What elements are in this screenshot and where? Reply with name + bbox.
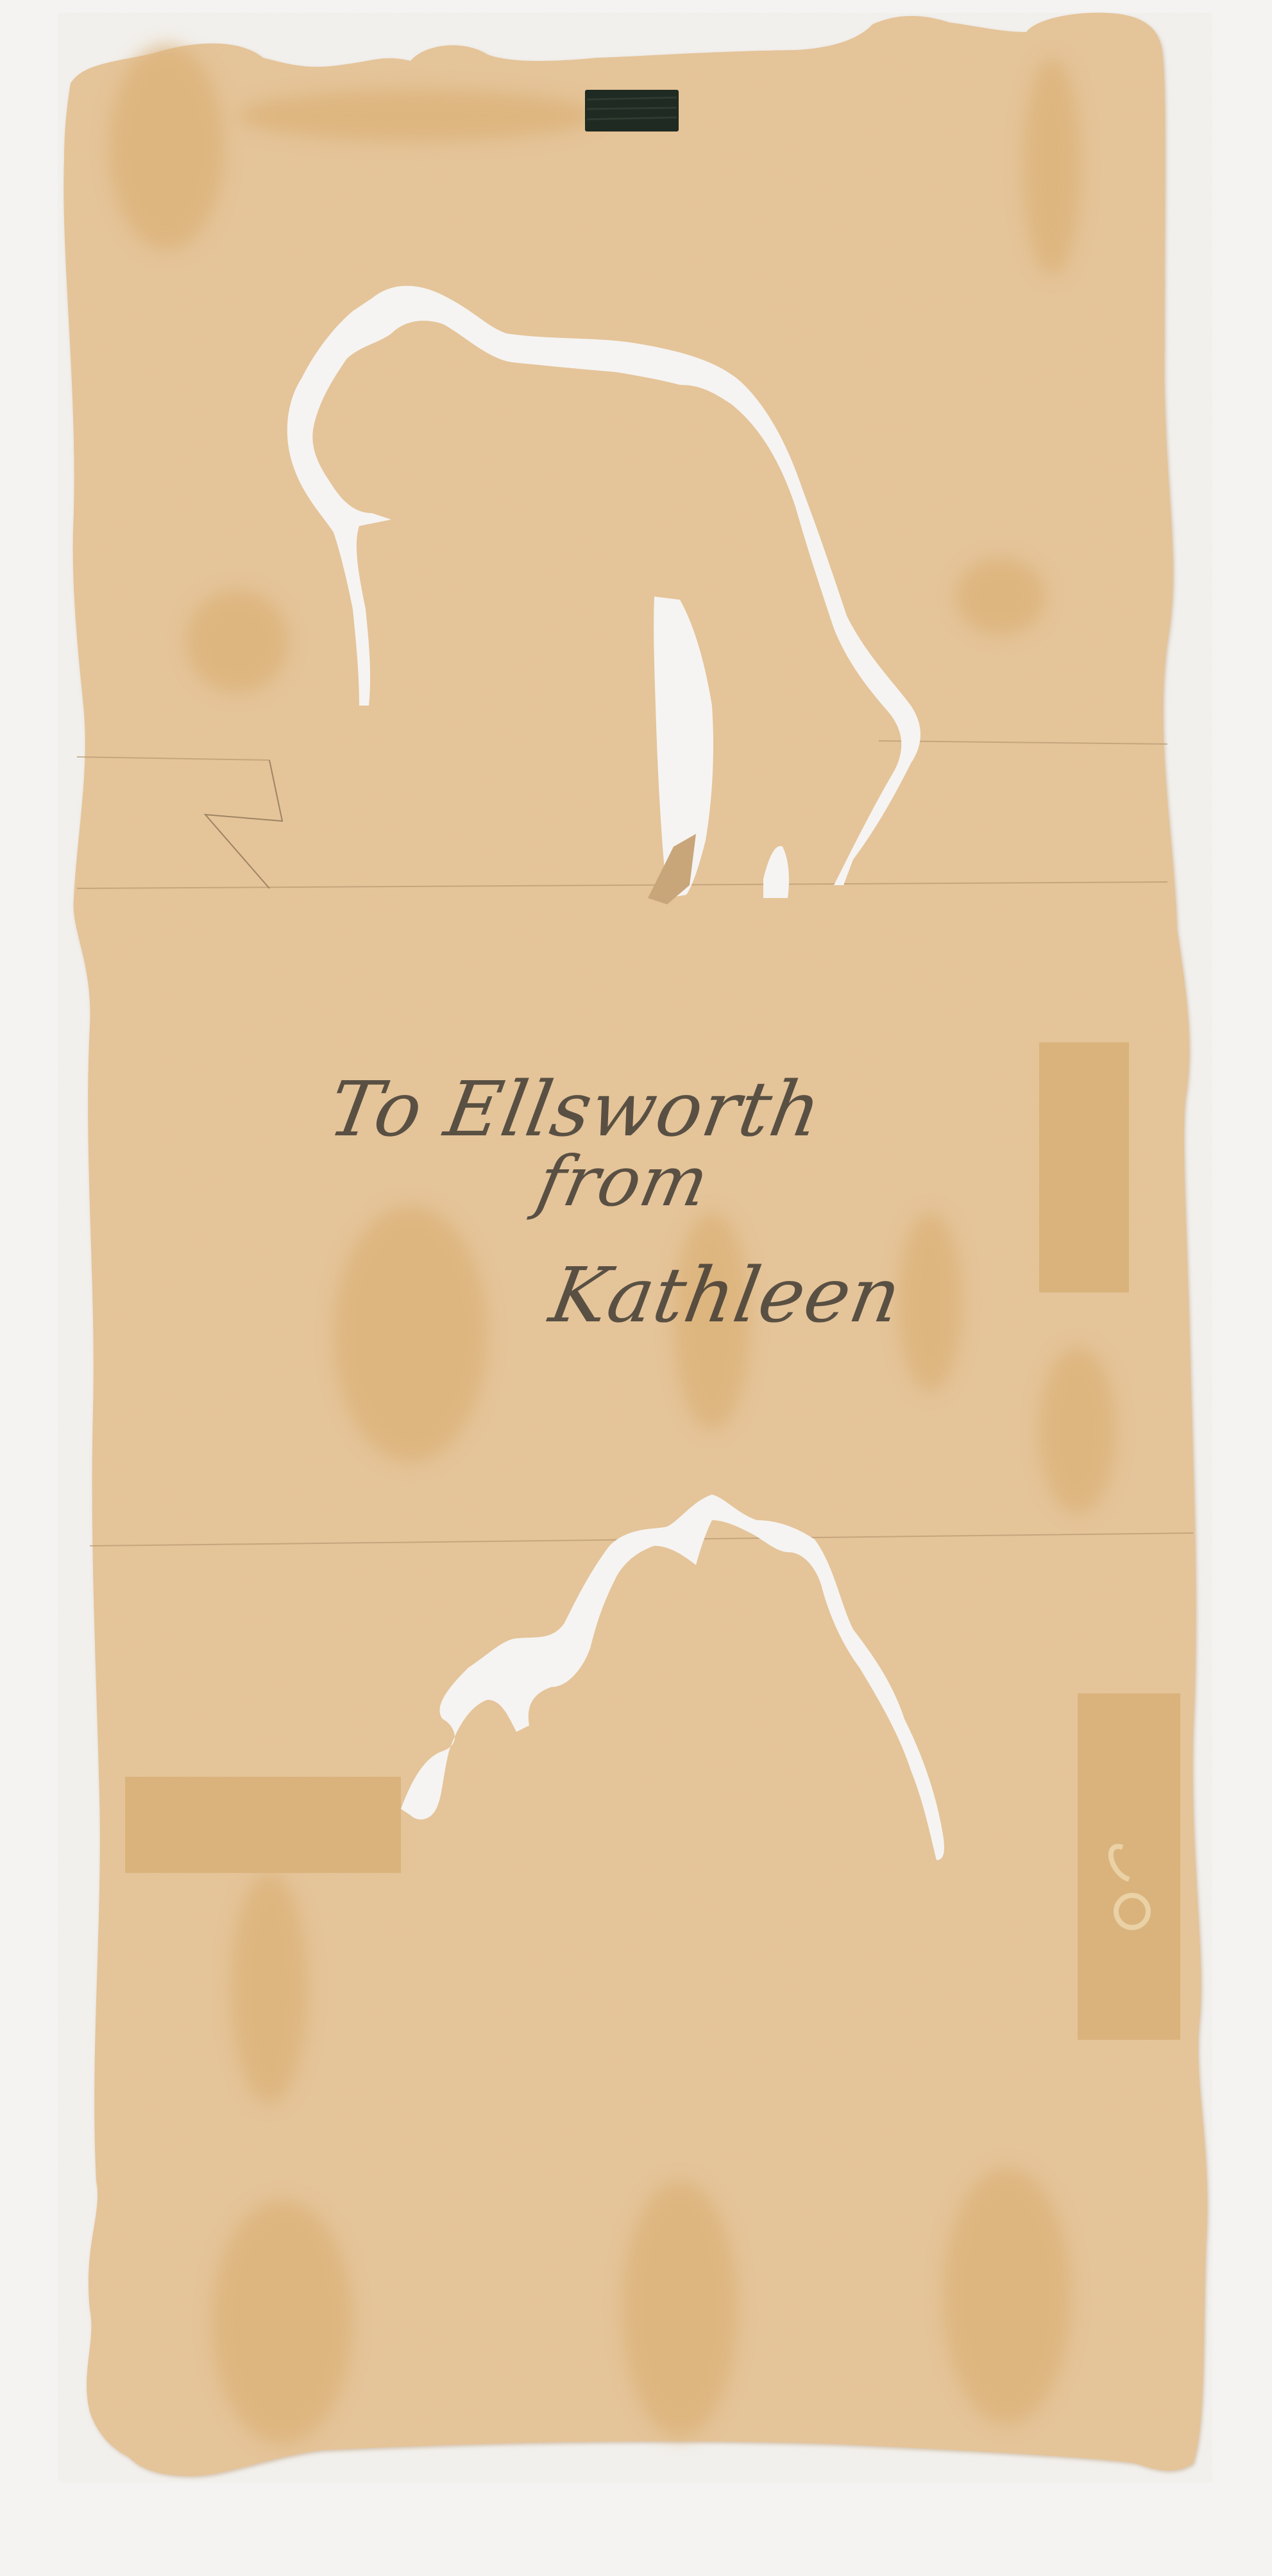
hanging-tab	[585, 90, 679, 131]
tape-right-middle	[1039, 1042, 1129, 1292]
inscription-signature: Kathleen	[544, 1251, 908, 1339]
tape-left-lower	[125, 1777, 401, 1873]
tape-right-lower	[1078, 1693, 1180, 2040]
inscription-to-line: To Ellsworth	[323, 1065, 828, 1153]
inscription-from-line: from	[530, 1142, 717, 1222]
photo-stage: To Ellsworth from Kathleen	[0, 0, 1272, 2576]
